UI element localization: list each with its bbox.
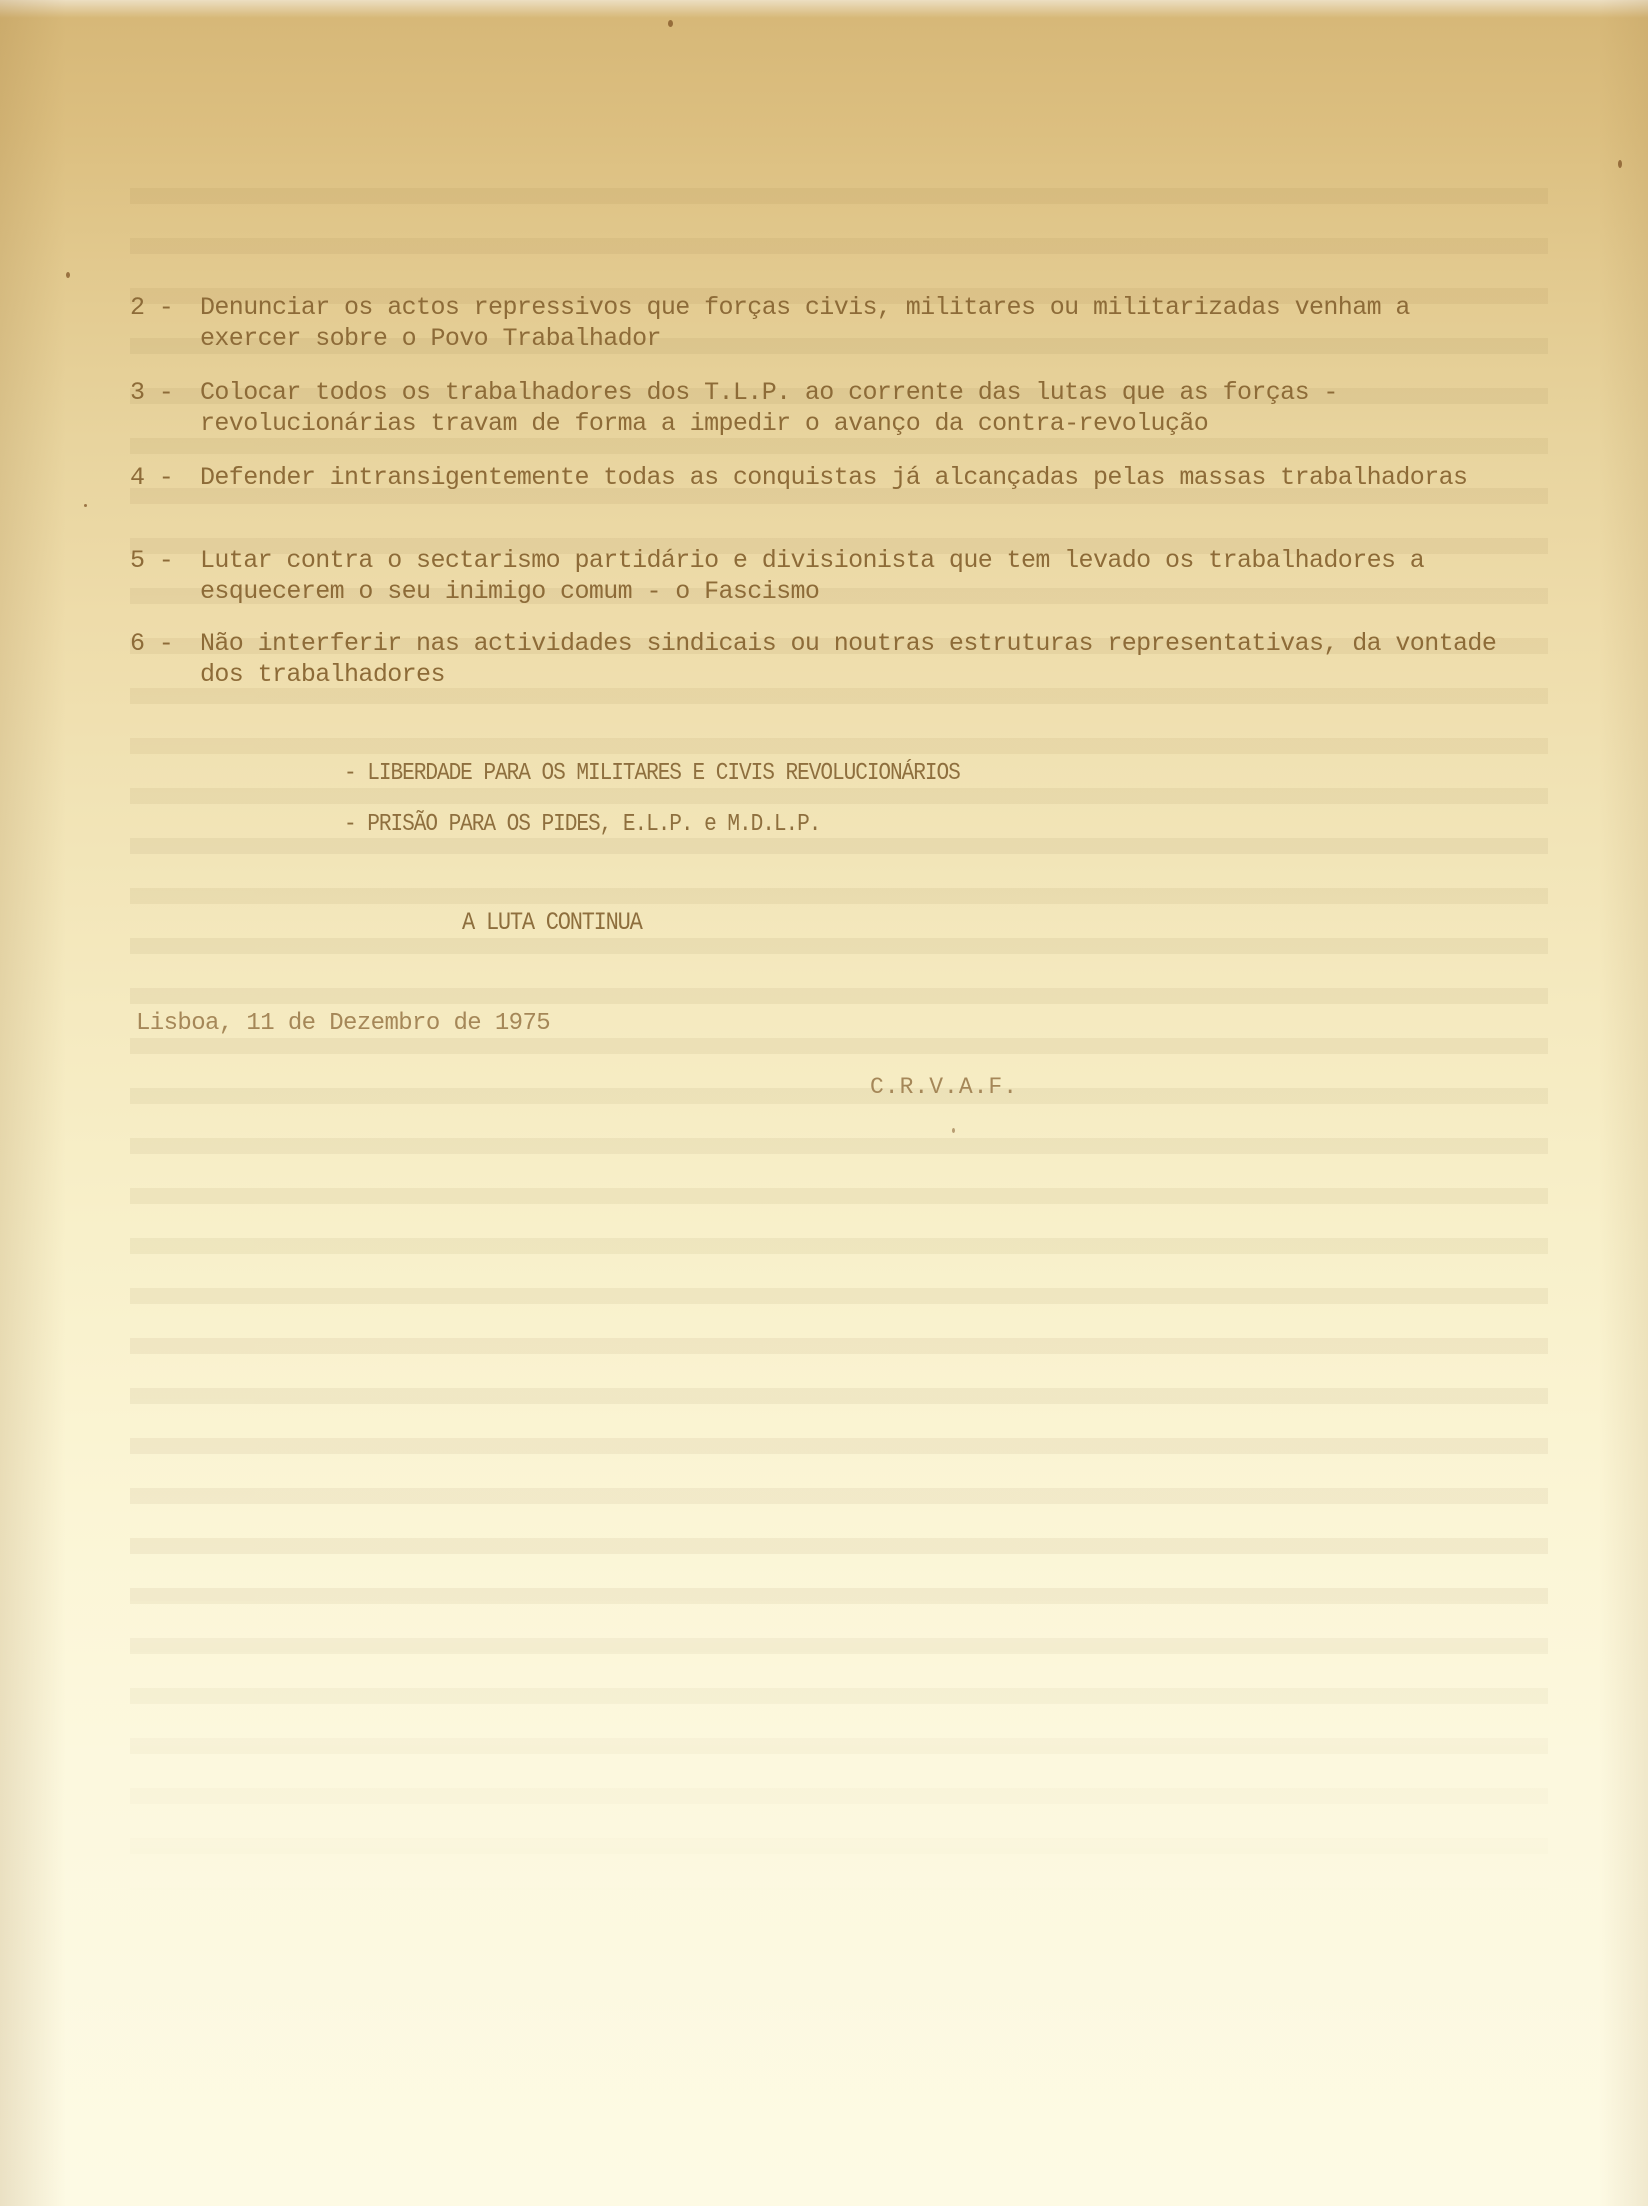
slogan: - LIBERDADE PARA OS MILITARES E CIVIS RE… xyxy=(344,760,960,787)
item-number: 2 - xyxy=(130,292,200,323)
item-number: 6 - xyxy=(130,628,200,659)
paper-speck xyxy=(952,1128,955,1133)
paper-speck xyxy=(84,504,87,507)
paper-speck xyxy=(66,272,70,278)
item-number: 4 - xyxy=(130,462,200,493)
item-text: Lutar contra o sectarismo partidário e d… xyxy=(200,545,1515,607)
paper-speck xyxy=(1618,160,1622,168)
list-item: 3 - Colocar todos os trabalhadores dos T… xyxy=(130,377,1530,439)
scanned-document-page: 2 - Denunciar os actos repressivos que f… xyxy=(0,0,1648,2206)
item-text: Defender intransigentemente todas as con… xyxy=(200,462,1515,493)
slogan: - PRISÃO PARA OS PIDES, E.L.P. e M.D.L.P… xyxy=(344,811,820,838)
item-text: Denunciar os actos repressivos que força… xyxy=(200,292,1515,354)
list-item: 6 - Não interferir nas actividades sindi… xyxy=(130,628,1530,690)
list-item: 2 - Denunciar os actos repressivos que f… xyxy=(130,292,1530,354)
item-number: 5 - xyxy=(130,545,200,576)
list-item: 4 - Defender intransigentemente todas as… xyxy=(130,462,1530,493)
item-text: Colocar todos os trabalhadores dos T.L.P… xyxy=(200,377,1515,439)
item-number: 3 - xyxy=(130,377,200,408)
item-text: Não interferir nas actividades sindicais… xyxy=(200,628,1515,690)
closing-motto: A LUTA CONTINUA xyxy=(462,908,642,937)
dateline: Lisboa, 11 de Dezembro de 1975 xyxy=(136,1010,550,1037)
paper-speck xyxy=(668,20,673,27)
list-item: 5 - Lutar contra o sectarismo partidário… xyxy=(130,545,1530,607)
signature: C.R.V.A.F. xyxy=(870,1074,1018,1100)
